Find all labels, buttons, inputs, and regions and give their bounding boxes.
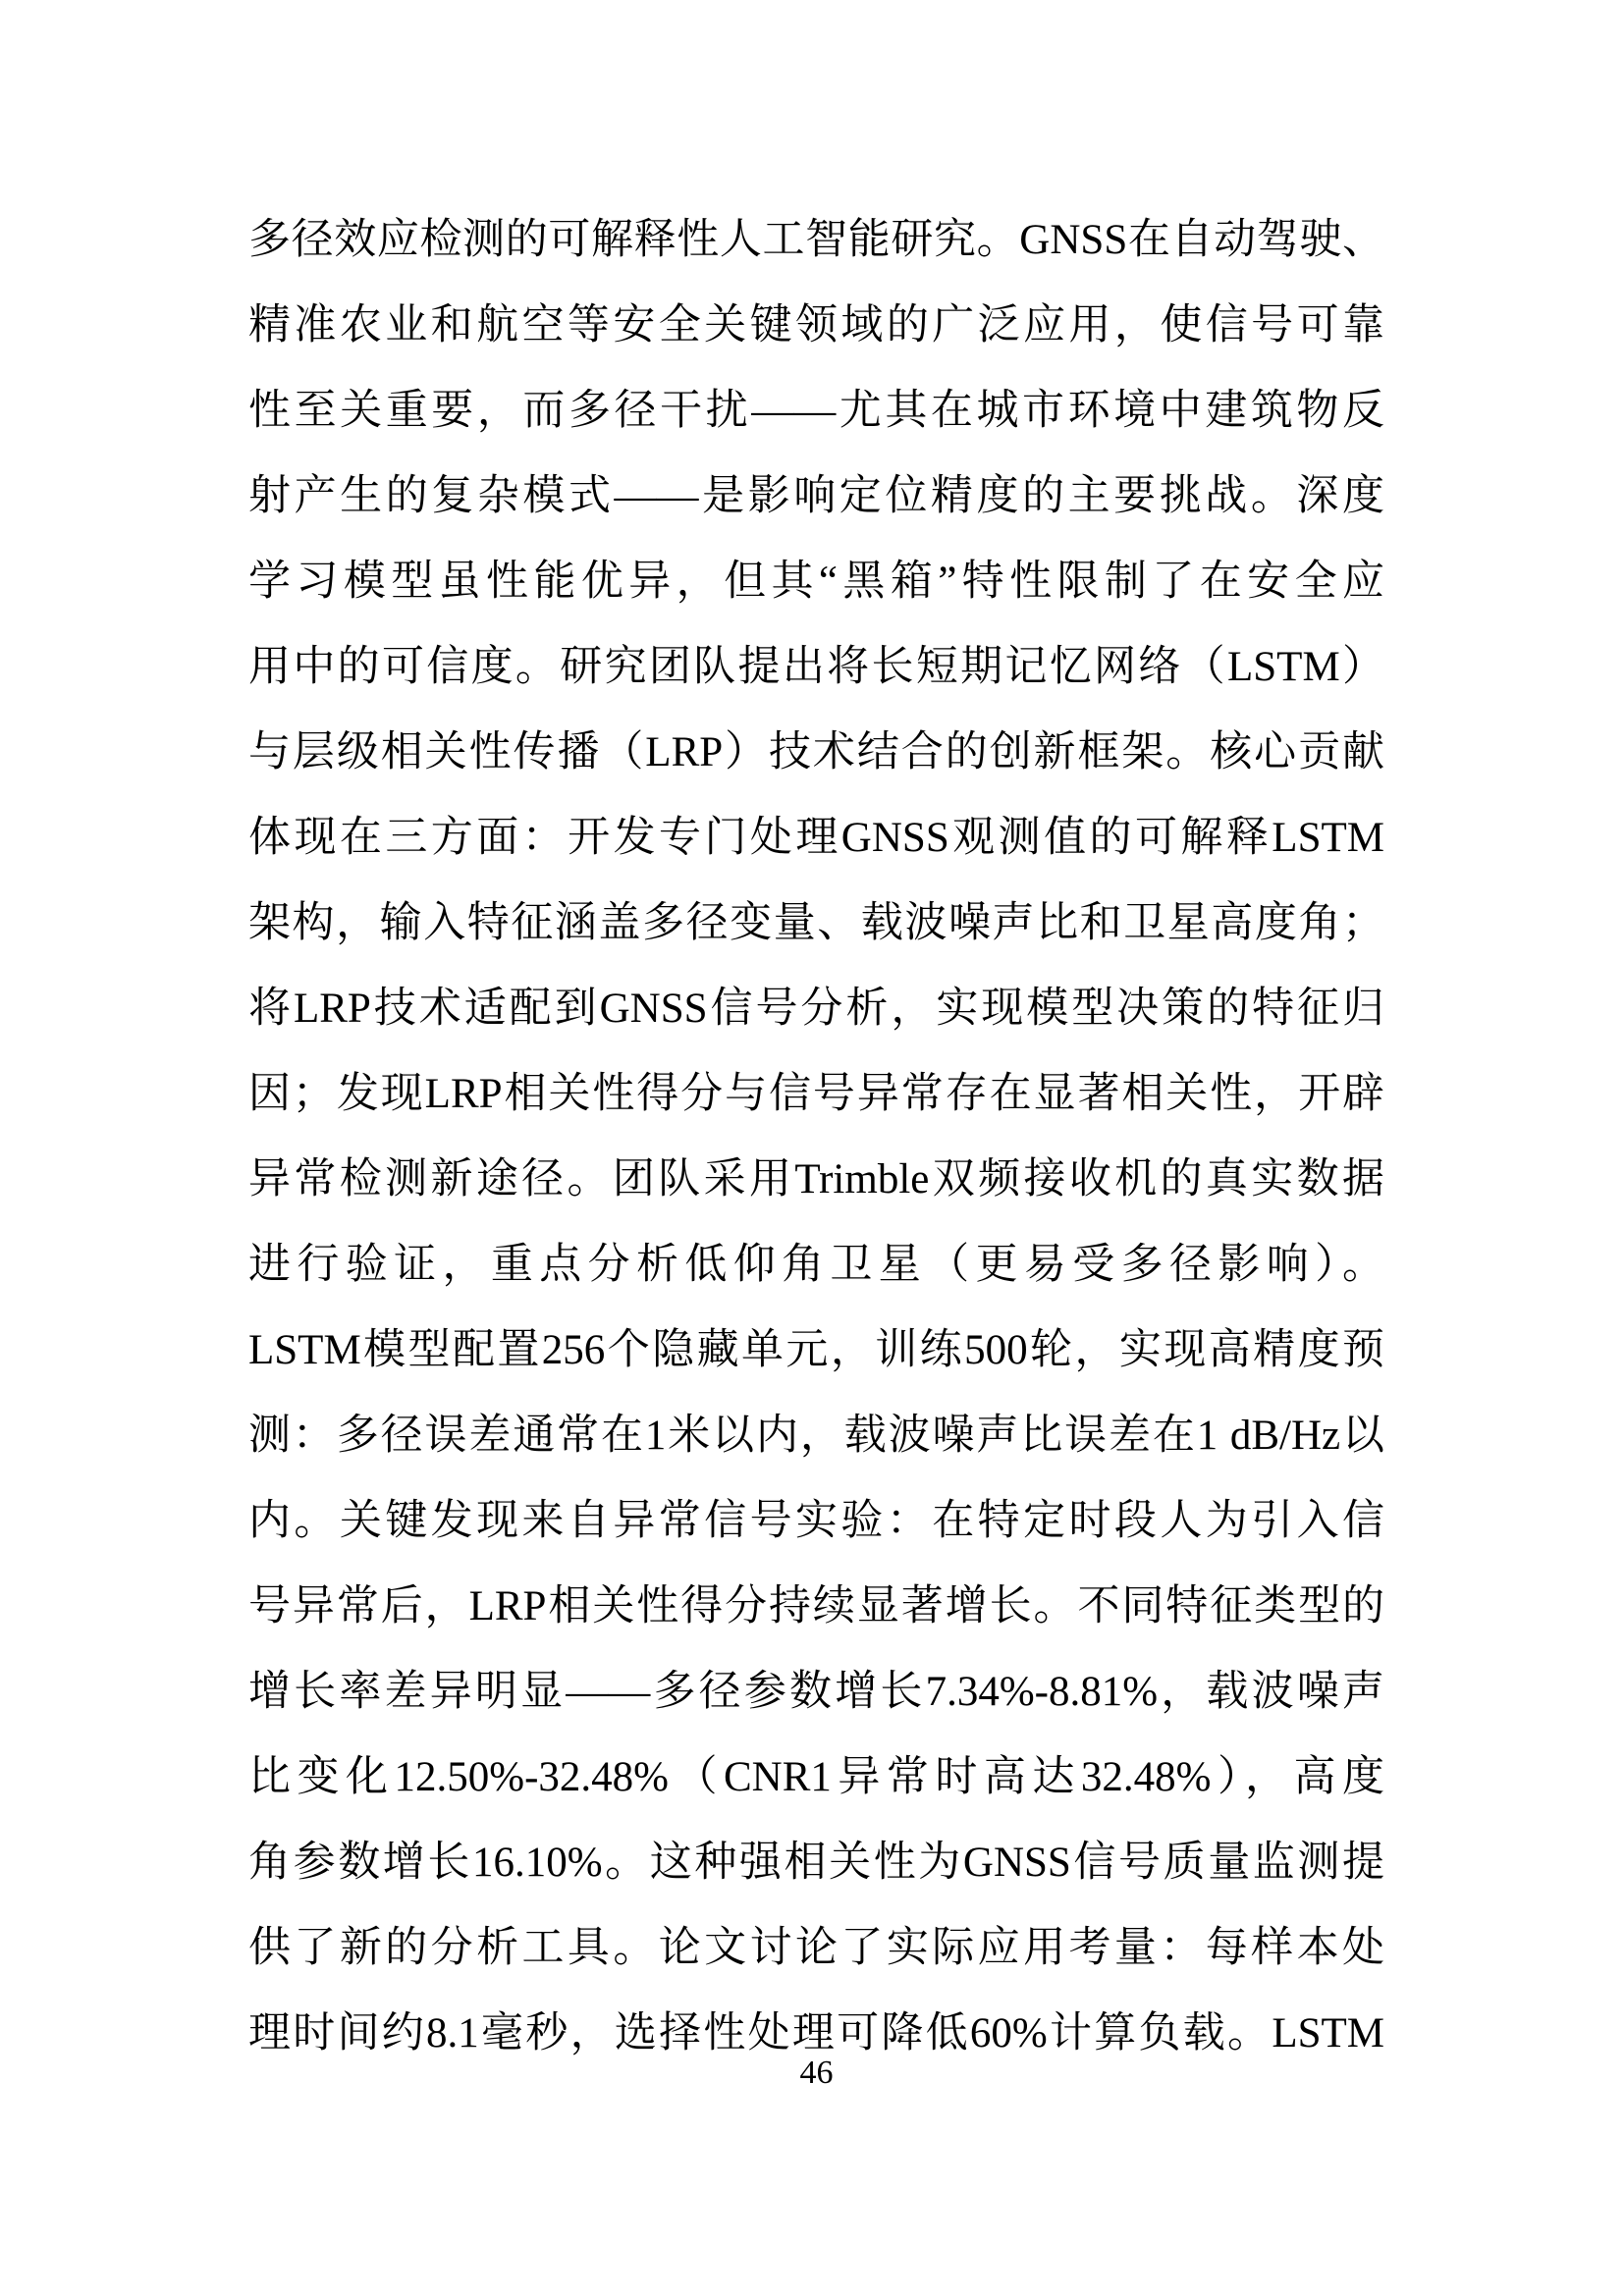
- text-line: 将LRP技术适配到GNSS信号分析，实现模型决策的特征归: [248, 966, 1384, 1051]
- document-page: 多径效应检测的可解释性人工智能研究。GNSS在自动驾驶、 精准农业和航空等安全关…: [0, 0, 1624, 2296]
- text-line: 角参数增长16.10%。这种强相关性为GNSS信号质量监测提: [248, 1820, 1384, 1905]
- text-line: 与层级相关性传播（LRP）技术结合的创新框架。核心贡献: [248, 710, 1384, 795]
- text-line: 多径效应检测的可解释性人工智能研究。GNSS在自动驾驶、: [248, 197, 1384, 283]
- text-line: 射产生的复杂模式——是影响定位精度的主要挑战。深度: [248, 454, 1384, 539]
- text-line: 内。关键发现来自异常信号实验：在特定时段人为引入信: [248, 1478, 1384, 1564]
- text-line: 异常检测新途径。团队采用Trimble双频接收机的真实数据: [248, 1137, 1384, 1222]
- text-line: 因；发现LRP相关性得分与信号异常存在显著相关性，开辟: [248, 1051, 1384, 1137]
- text-line: 供了新的分析工具。论文讨论了实际应用考量：每样本处: [248, 1905, 1384, 1991]
- text-line: 体现在三方面：开发专门处理GNSS观测值的可解释LSTM: [248, 795, 1384, 881]
- text-line: 测：多径误差通常在1米以内，载波噪声比误差在1 dB/Hz以: [248, 1393, 1384, 1478]
- text-line: 号异常后，LRP相关性得分持续显著增长。不同特征类型的: [248, 1564, 1384, 1649]
- text-line: 用中的可信度。研究团队提出将长短期记忆网络（LSTM）: [248, 624, 1384, 710]
- body-paragraph: 多径效应检测的可解释性人工智能研究。GNSS在自动驾驶、 精准农业和航空等安全关…: [248, 197, 1384, 2076]
- text-line: 进行验证，重点分析低仰角卫星（更易受多径影响）。: [248, 1222, 1384, 1308]
- text-line: 架构，输入特征涵盖多径变量、载波噪声比和卫星高度角；: [248, 881, 1384, 966]
- text-line: 学习模型虽性能优异，但其“黑箱”特性限制了在安全应: [248, 539, 1384, 624]
- page-number: 46: [800, 2052, 834, 2095]
- text-line: 比变化12.50%-32.48%（CNR1异常时高达32.48%），高度: [248, 1735, 1384, 1820]
- text-line: LSTM模型配置256个隐藏单元，训练500轮，实现高精度预: [248, 1308, 1384, 1393]
- text-line: 性至关重要，而多径干扰——尤其在城市环境中建筑物反: [248, 368, 1384, 454]
- page-footer: 46: [248, 2052, 1384, 2095]
- text-line: 精准农业和航空等安全关键领域的广泛应用，使信号可靠: [248, 283, 1384, 368]
- text-line: 增长率差异明显——多径参数增长7.34%-8.81%，载波噪声: [248, 1649, 1384, 1735]
